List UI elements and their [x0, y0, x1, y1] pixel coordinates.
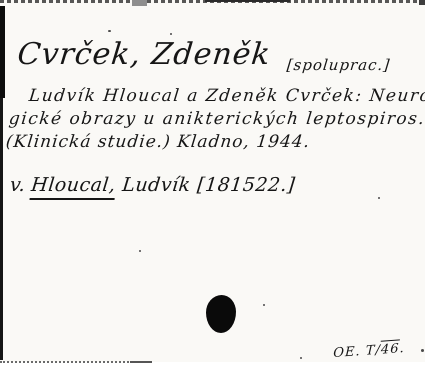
- ink-speck: [378, 197, 380, 199]
- ink-speck: [108, 30, 111, 32]
- scanned-catalog-card: Cvrček, Zdeněk [spoluprac.] Ludvík Hlouc…: [0, 0, 425, 390]
- card-heading: Cvrček, Zdeněk: [16, 40, 272, 70]
- ink-speck: [139, 250, 141, 252]
- body-line-2: gické obrazy u anikterických leptospiros…: [8, 111, 425, 128]
- ink-speck: [170, 33, 172, 35]
- scan-edge-smudge: [132, 0, 147, 6]
- body-line-3: (Klinická studie.) Kladno, 1944.: [5, 134, 311, 151]
- ink-speck: [421, 349, 424, 352]
- shelf-note-overlined: 46: [381, 339, 400, 357]
- body-line-1: Ludvík Hloucal a Zdeněk Cvrček: Neurolo-: [28, 88, 425, 105]
- cross-reference-name: Hloucal,: [30, 174, 117, 200]
- heading-annotation: [spoluprac.]: [286, 58, 391, 73]
- card-bottom-edge-dash: [130, 361, 152, 363]
- cross-reference-rest: Ludvík [181522.]: [121, 174, 296, 196]
- cross-reference-line: v.Hloucal,Ludvík [181522.]: [9, 176, 296, 195]
- scan-edge-top-segment: [205, 0, 290, 2]
- shelf-note-suffix: .: [399, 341, 405, 356]
- ink-speck: [263, 304, 265, 306]
- scan-edge-left: [0, 6, 5, 98]
- scan-edge-top-right: [419, 0, 425, 5]
- cross-reference-prefix: v.: [9, 174, 27, 196]
- scan-edge-left-lower: [0, 98, 3, 360]
- ink-speck: [300, 357, 302, 359]
